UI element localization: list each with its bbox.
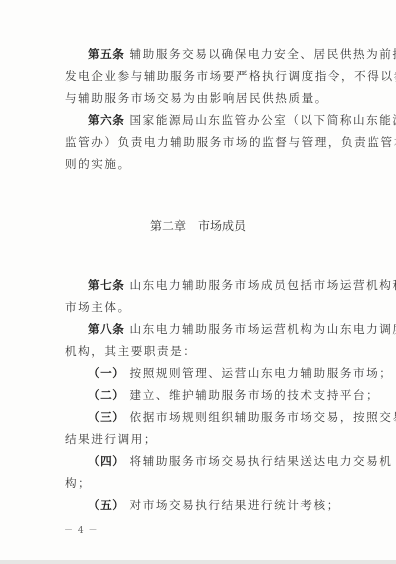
item-label: （二） bbox=[88, 388, 124, 402]
list-item-4-cont: 构； bbox=[65, 476, 355, 490]
list-item-3: （三） 依据市场规则组织辅助服务市场交易，按照交易 bbox=[88, 410, 378, 424]
article-label: 第五条 bbox=[88, 47, 124, 61]
page-number: － 4 － bbox=[64, 523, 98, 536]
chapter-title: 市场成员 bbox=[198, 219, 246, 233]
article-label: 第八条 bbox=[88, 322, 124, 336]
article-label: 第六条 bbox=[88, 113, 124, 127]
item-label: （四） bbox=[88, 454, 124, 468]
document-page: 第五条 辅助服务交易以确保电力安全、居民供热为前提, 发电企业参与辅助服务市场要… bbox=[0, 0, 396, 560]
item-label: （五） bbox=[88, 498, 124, 512]
item-label: （三） bbox=[88, 410, 124, 424]
chapter-number: 第二章 bbox=[150, 219, 186, 233]
item-label: （一） bbox=[88, 366, 124, 380]
article-5-line-3: 与辅助服务市场交易为由影响居民供热质量。 bbox=[65, 91, 355, 105]
list-item-3-cont: 结果进行调用； bbox=[65, 432, 355, 446]
article-5-line-2: 发电企业参与辅助服务市场要严格执行调度指令，不得以参 bbox=[65, 69, 355, 83]
chapter-heading: 第二章市场成员 bbox=[0, 217, 396, 234]
article-8-line-1: 第八条 山东电力辅助服务市场运营机构为山东电力调度 bbox=[88, 322, 378, 336]
article-8-line-2: 机构，其主要职责是： bbox=[65, 344, 355, 358]
list-item-4: （四） 将辅助服务市场交易执行结果送达电力交易机 bbox=[88, 454, 378, 468]
article-6-line-3: 则的实施。 bbox=[65, 157, 355, 171]
list-item-5: （五） 对市场交易执行结果进行统计考核； bbox=[88, 498, 378, 512]
article-6-line-2: 监管办）负责电力辅助服务市场的监督与管理，负责监管本规 bbox=[65, 135, 355, 149]
article-7-line-1: 第七条 山东电力辅助服务市场成员包括市场运营机构和 bbox=[88, 278, 378, 292]
list-item-2: （二） 建立、维护辅助服务市场的技术支持平台； bbox=[88, 388, 378, 402]
list-item-1: （一） 按照规则管理、运营山东电力辅助服务市场； bbox=[88, 366, 378, 380]
article-label: 第七条 bbox=[88, 278, 124, 292]
article-7-line-2: 市场主体。 bbox=[65, 300, 355, 314]
article-6-line-1: 第六条 国家能源局山东监管办公室（以下简称山东能源 bbox=[88, 113, 378, 127]
article-5-line-1: 第五条 辅助服务交易以确保电力安全、居民供热为前提, bbox=[88, 47, 378, 61]
page-bottom-edge bbox=[0, 560, 396, 564]
